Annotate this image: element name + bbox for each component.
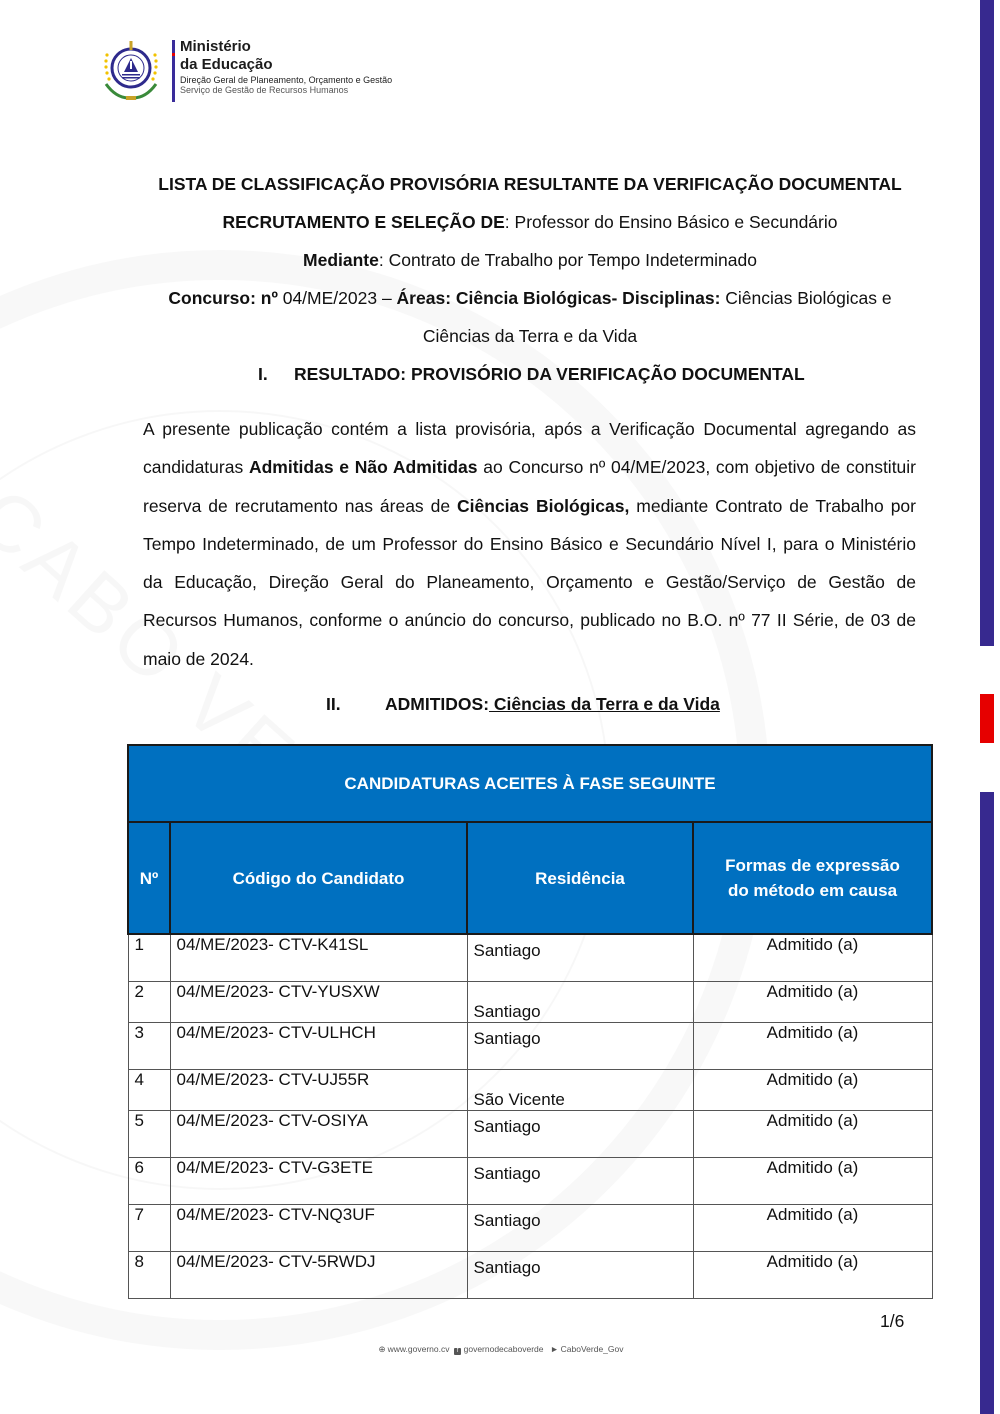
recruitment-line: RECRUTAMENTO E SELEÇÃO DE: Professor do … bbox=[0, 212, 1000, 233]
row-number: 4 bbox=[128, 1070, 170, 1111]
side-stripe-red bbox=[980, 694, 994, 743]
section-2-subject: Ciências da Terra e da Vida bbox=[489, 694, 720, 714]
ministry-name-line2: da Educação bbox=[180, 56, 392, 74]
table-row: 404/ME/2023- CTV-UJ55RSão VicenteAdmitid… bbox=[128, 1070, 932, 1111]
candidate-code: 04/ME/2023- CTV-G3ETE bbox=[170, 1158, 467, 1205]
section-1-number: I. bbox=[258, 364, 294, 385]
candidate-code: 04/ME/2023- CTV-K41SL bbox=[170, 934, 467, 982]
directorate-name: Direção Geral de Planeamento, Orçamento … bbox=[180, 76, 392, 85]
paragraph-text-3: mediante Contrato de Trabalho por Tempo … bbox=[143, 496, 916, 669]
column-header-status: Formas de expressão do método em causa bbox=[693, 822, 932, 934]
service-name: Serviço de Gestão de Recursos Humanos bbox=[180, 86, 392, 95]
row-number: 3 bbox=[128, 1023, 170, 1070]
mediante-label: Mediante bbox=[303, 250, 379, 270]
globe-icon: ⊕ bbox=[378, 1344, 385, 1355]
candidate-code: 04/ME/2023- CTV-5RWDJ bbox=[170, 1252, 467, 1299]
candidate-residence: Santiago bbox=[467, 1023, 693, 1070]
twitter-icon: ► bbox=[550, 1344, 558, 1354]
table-caption: CANDIDATURAS ACEITES À FASE SEGUINTE bbox=[128, 745, 932, 822]
footer-website[interactable]: www.governo.cv bbox=[388, 1344, 450, 1354]
candidate-residence: Santiago bbox=[467, 1158, 693, 1205]
ministry-name-line1: Ministério bbox=[180, 38, 392, 56]
letterhead-divider bbox=[172, 40, 175, 102]
candidate-residence: Santiago bbox=[467, 934, 693, 982]
candidate-residence: São Vicente bbox=[467, 1070, 693, 1111]
row-number: 2 bbox=[128, 982, 170, 1023]
row-number: 1 bbox=[128, 934, 170, 982]
candidate-status: Admitido (a) bbox=[693, 1070, 932, 1111]
candidate-code: 04/ME/2023- CTV-YUSXW bbox=[170, 982, 467, 1023]
concurso-label: Concurso: nº bbox=[168, 288, 277, 308]
candidate-status: Admitido (a) bbox=[693, 982, 932, 1023]
section-1-title: RESULTADO: PROVISÓRIO DA VERIFICAÇÃO DOC… bbox=[294, 364, 805, 384]
table-row: 304/ME/2023- CTV-ULHCHSantiagoAdmitido (… bbox=[128, 1023, 932, 1070]
section-heading-2: II.ADMITIDOS: Ciências da Terra e da Vid… bbox=[326, 694, 720, 715]
admitted-candidates-table: CANDIDATURAS ACEITES À FASE SEGUINTE Nº … bbox=[127, 744, 933, 1299]
page-number: 1/6 bbox=[880, 1311, 904, 1332]
paragraph-bold-1: Admitidas e Não Admitidas bbox=[249, 457, 478, 477]
recruitment-value: : Professor do Ensino Básico e Secundári… bbox=[505, 212, 838, 232]
candidate-residence: Santiago bbox=[467, 982, 693, 1023]
candidate-code: 04/ME/2023- CTV-NQ3UF bbox=[170, 1205, 467, 1252]
table-row: 604/ME/2023- CTV-G3ETESantiagoAdmitido (… bbox=[128, 1158, 932, 1205]
paragraph-bold-2: Ciências Biológicas, bbox=[457, 496, 629, 516]
candidate-status: Admitido (a) bbox=[693, 1158, 932, 1205]
recruitment-label: RECRUTAMENTO E SELEÇÃO DE bbox=[223, 212, 505, 232]
row-number: 5 bbox=[128, 1111, 170, 1158]
row-number: 6 bbox=[128, 1158, 170, 1205]
table-row: 704/ME/2023- CTV-NQ3UFSantiagoAdmitido (… bbox=[128, 1205, 932, 1252]
column-header-number: Nº bbox=[128, 822, 170, 934]
row-number: 7 bbox=[128, 1205, 170, 1252]
section-2-label: ADMITIDOS: bbox=[385, 694, 489, 714]
side-stripe-blue-top bbox=[980, 0, 994, 646]
column-header-code: Código do Candidato bbox=[170, 822, 467, 934]
areas-label: Áreas: Ciência Biológicas- Disciplinas: bbox=[397, 288, 721, 308]
candidate-residence: Santiago bbox=[467, 1205, 693, 1252]
footer-facebook[interactable]: governodecaboverde bbox=[464, 1344, 544, 1354]
table-row: 804/ME/2023- CTV-5RWDJSantiagoAdmitido (… bbox=[128, 1252, 932, 1299]
candidate-status: Admitido (a) bbox=[693, 934, 932, 982]
concurso-line: Concurso: nº 04/ME/2023 – Áreas: Ciência… bbox=[0, 288, 1000, 309]
letterhead: Ministério da Educação Direção Geral de … bbox=[98, 38, 392, 104]
candidate-status: Admitido (a) bbox=[693, 1023, 932, 1070]
candidate-residence: Santiago bbox=[467, 1111, 693, 1158]
cabo-verde-coat-of-arms-icon bbox=[98, 38, 164, 104]
footer-contact: ⊕www.governo.cv f governodecaboverde ►Ca… bbox=[0, 1344, 1000, 1355]
table-row: 504/ME/2023- CTV-OSIYASantiagoAdmitido (… bbox=[128, 1111, 932, 1158]
section-heading-1: I.RESULTADO: PROVISÓRIO DA VERIFICAÇÃO D… bbox=[258, 364, 805, 385]
areas-line2: Ciências da Terra e da Vida bbox=[0, 326, 1000, 347]
facebook-icon: f bbox=[454, 1348, 461, 1355]
candidate-residence: Santiago bbox=[467, 1252, 693, 1299]
table-row: 104/ME/2023- CTV-K41SLSantiagoAdmitido (… bbox=[128, 934, 932, 982]
column-header-residence: Residência bbox=[467, 822, 693, 934]
candidate-status: Admitido (a) bbox=[693, 1205, 932, 1252]
table-row: 204/ME/2023- CTV-YUSXWSantiagoAdmitido (… bbox=[128, 982, 932, 1023]
candidate-status: Admitido (a) bbox=[693, 1111, 932, 1158]
candidate-code: 04/ME/2023- CTV-ULHCH bbox=[170, 1023, 467, 1070]
document-title: LISTA DE CLASSIFICAÇÃO PROVISÓRIA RESULT… bbox=[0, 174, 1000, 195]
candidate-status: Admitido (a) bbox=[693, 1252, 932, 1299]
mediante-value: : Contrato de Trabalho por Tempo Indeter… bbox=[379, 250, 757, 270]
candidate-code: 04/ME/2023- CTV-OSIYA bbox=[170, 1111, 467, 1158]
row-number: 8 bbox=[128, 1252, 170, 1299]
intro-paragraph: A presente publicação contém a lista pro… bbox=[143, 410, 916, 678]
side-stripe-blue-bottom bbox=[980, 792, 994, 1414]
footer-twitter[interactable]: CaboVerde_Gov bbox=[561, 1344, 624, 1354]
areas-value: Ciências Biológicas e bbox=[720, 288, 891, 308]
column-header-status-label: Formas de expressão do método em causa bbox=[713, 853, 913, 903]
mediante-line: Mediante: Contrato de Trabalho por Tempo… bbox=[0, 250, 1000, 271]
concurso-value: 04/ME/2023 – bbox=[278, 288, 397, 308]
section-2-number: II. bbox=[326, 694, 385, 715]
candidate-code: 04/ME/2023- CTV-UJ55R bbox=[170, 1070, 467, 1111]
